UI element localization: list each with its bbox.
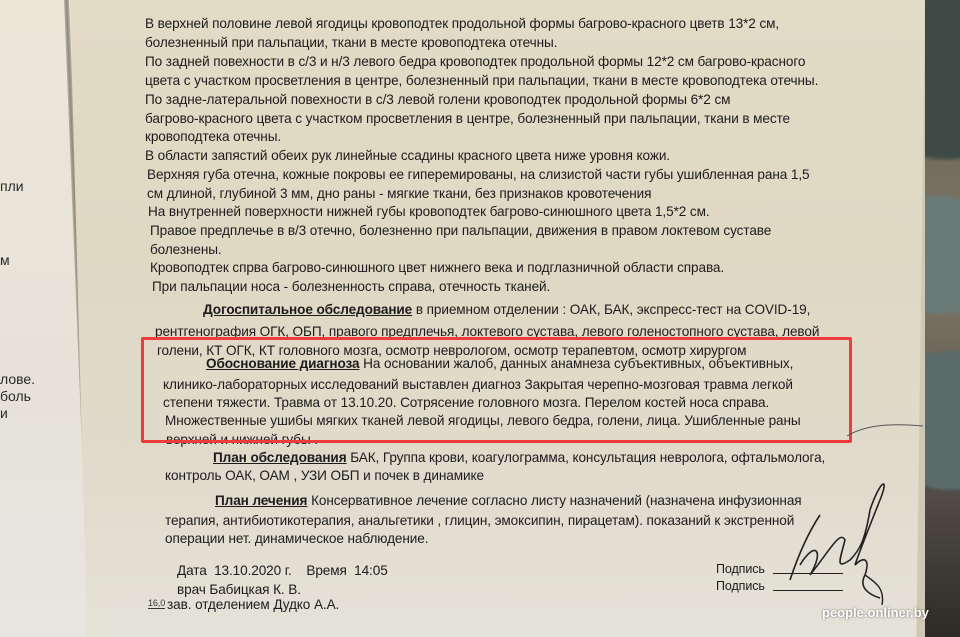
prehospital-heading: Догоспитальное обследование [203, 302, 412, 317]
pen-stroke [845, 420, 925, 440]
injury-line: цвета с участком просветления в центре, … [145, 72, 818, 90]
date-label: Дата [177, 563, 207, 578]
time-label: Время [306, 563, 346, 578]
treatment-plan-line: План лечения Консервативное лечение согл… [215, 492, 802, 510]
exam-plan-line: План обследования БАК, Группа крови, коа… [213, 449, 825, 467]
time-value: 14:05 [354, 563, 388, 578]
signature-label: Подпись [716, 577, 765, 595]
injury-line: болезнены. [150, 241, 222, 259]
injury-line: болезненный при пальпации, ткани в месте… [145, 34, 557, 52]
injury-line: На внутренней поверхности нижней губы кр… [148, 203, 710, 221]
injury-line: багрово-красного цвета с участком просве… [145, 110, 790, 128]
stamp-number: 16,0 [148, 598, 165, 609]
date-value: 13.10.2020 г. [214, 563, 292, 578]
date-time-line: Дата 13.10.2020 г. Время 14:05 [177, 562, 388, 580]
injury-line: Верхняя губа отечна, кожные покровы ее г… [147, 166, 810, 184]
treatment-plan-line: операции нет. динамическое наблюдение. [165, 530, 428, 548]
injury-line: По задне-латеральной повехности в с/3 ле… [145, 91, 730, 109]
signature-label: Подпись [716, 560, 765, 578]
diagnosis-highlight-box [141, 337, 852, 443]
watermark: people.onliner.by [822, 605, 929, 620]
injury-line: Кровоподтек спрва багрово-синюшного цвет… [150, 259, 724, 277]
injury-line: По задней повехности в с/3 и н/3 левого … [145, 53, 805, 71]
document-text: В верхней половине левой ягодицы кровопо… [0, 0, 960, 637]
treatment-plan-line: терапия, антибиотикотерапия, анальгетики… [165, 512, 794, 530]
prehospital-line: Догоспитальное обследование в приемном о… [203, 301, 810, 319]
injury-line: Правое предплечье в в/3 отечно, болезнен… [150, 222, 771, 240]
injury-line: см длиной, глубиной 3 мм, дно раны - мяг… [147, 185, 651, 203]
injury-line: В верхней половине левой ягодицы кровопо… [145, 15, 779, 33]
injury-line: При пальпации носа - болезненность справ… [152, 278, 550, 296]
handwritten-signature-icon [770, 470, 900, 610]
department-head: зав. отделением Дудко А.А. [167, 596, 339, 614]
treatment-plan-heading: План лечения [215, 493, 307, 508]
injury-line: кровоподтека отечны. [145, 128, 281, 146]
exam-plan-line: контроль ОАК, ОАМ , УЗИ ОБП и почек в ди… [165, 467, 484, 485]
exam-plan-heading: План обследования [213, 450, 347, 465]
injury-line: В области запястий обеих рук линейные сс… [145, 147, 670, 165]
